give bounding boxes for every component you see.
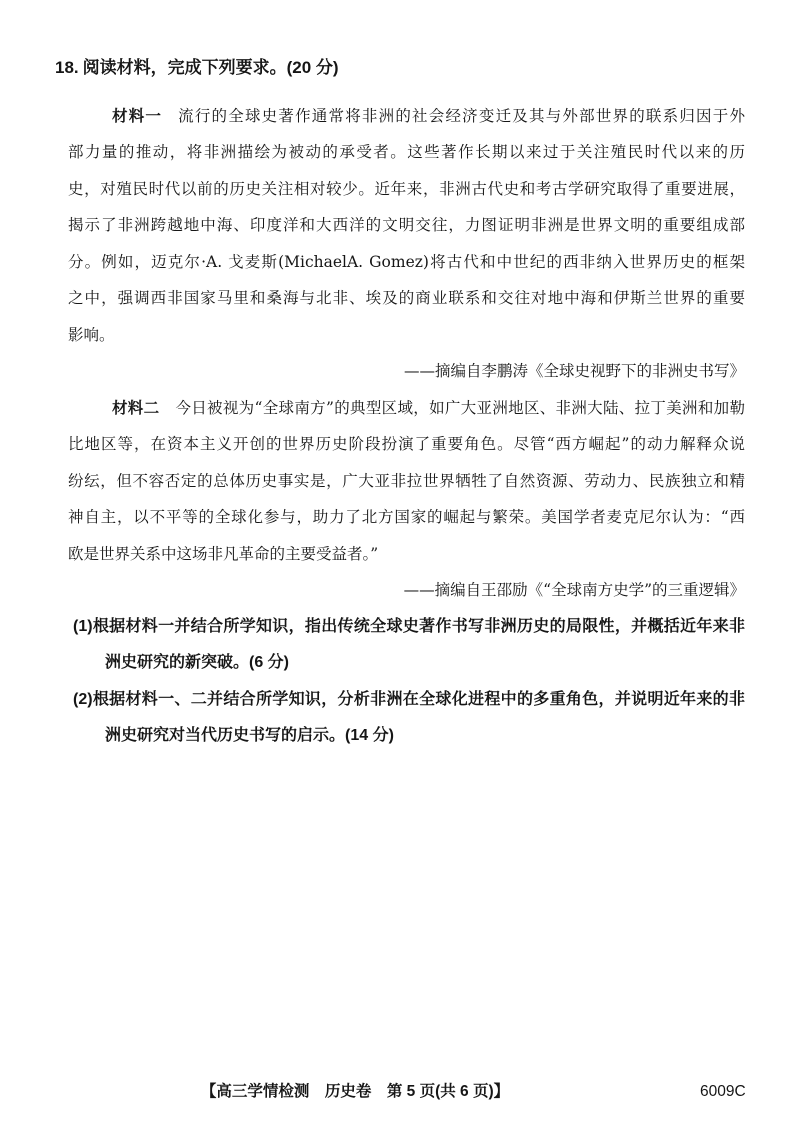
material-1-line: 材料一流行的全球史著作通常将非洲的社会经济变迁及其与外部世界的联系归因于外 xyxy=(68,98,745,135)
material-2-line: 神自主，以不平等的全球化参与，助力了北方国家的崛起与繁荣。美国学者麦克尼尔认为：… xyxy=(68,499,745,536)
page-footer: 【高三学情检测 历史卷 第 5 页(共 6 页)】 6009C xyxy=(0,1080,800,1104)
sub-question-2-line: 洲史研究对当代历史书写的启示。(14 分) xyxy=(105,718,745,755)
material-1-text: 流行的全球史著作通常将非洲的社会经济变迁及其与外部世界的联系归因于外 xyxy=(178,107,745,125)
material-1-attribution: ——摘编自李鹏涛《全球史视野下的非洲史书写》 xyxy=(68,353,745,390)
question-number: 18. xyxy=(55,58,79,77)
sub-question-2-line: (2)根据材料一、二并结合所学知识，分析非洲在全球化进程中的多重角色，并说明近年… xyxy=(73,682,745,719)
question-18-header: 18.阅读材料，完成下列要求。(20 分) xyxy=(55,50,745,87)
material-1-line: 分。例如，迈克尔·A. 戈麦斯(MichaelA. Gomez)将古代和中世纪的… xyxy=(68,244,745,281)
exam-paper-page: 18.阅读材料，完成下列要求。(20 分) 材料一流行的全球史著作通常将非洲的社… xyxy=(0,0,800,1131)
sub-question-1-line: 洲史研究的新突破。(6 分) xyxy=(105,645,745,682)
material-1-line: 部力量的推动，将非洲描绘为被动的承受者。这些著作长期以来过于关注殖民时代以来的历 xyxy=(68,134,745,171)
page-content: 18.阅读材料，完成下列要求。(20 分) 材料一流行的全球史著作通常将非洲的社… xyxy=(55,50,745,755)
material-2-line: 欧是世界关系中这场非凡革命的主要受益者。” xyxy=(68,536,745,573)
material-1: 材料一流行的全球史著作通常将非洲的社会经济变迁及其与外部世界的联系归因于外 部力… xyxy=(68,98,745,390)
material-2-line: 纷纭，但不容否定的总体历史事实是，广大亚非拉世界牺牲了自然资源、劳动力、民族独立… xyxy=(68,463,745,500)
material-2-line: 材料二今日被视为“全球南方”的典型区域，如广大亚洲地区、非洲大陆、拉丁美洲和加勒 xyxy=(68,390,745,427)
sub-question-1-line: (1)根据材料一并结合所学知识，指出传统全球史著作书写非洲历史的局限性，并概括近… xyxy=(73,609,745,646)
material-1-label: 材料一 xyxy=(112,106,162,125)
material-1-line: 揭示了非洲跨越地中海、印度洋和大西洋的文明交往，力图证明非洲是世界文明的重要组成… xyxy=(68,207,745,244)
material-2-line: 比地区等，在资本主义开创的世界历史阶段扮演了重要角色。尽管“西方崛起”的动力解释… xyxy=(68,426,745,463)
question-intro: 阅读材料，完成下列要求。(20 分) xyxy=(83,58,339,77)
material-1-line: 之中，强调西非国家马里和桑海与北非、埃及的商业联系和交往对地中海和伊斯兰世界的重… xyxy=(68,280,745,317)
material-2: 材料二今日被视为“全球南方”的典型区域，如广大亚洲地区、非洲大陆、拉丁美洲和加勒… xyxy=(68,390,745,609)
material-1-line: 史，对殖民时代以前的历史关注相对较少。近年来，非洲古代史和考古学研究取得了重要进… xyxy=(68,171,745,208)
footer-paper-code: 6009C xyxy=(700,1080,746,1104)
material-2-label: 材料二 xyxy=(112,398,159,417)
sub-questions: (1)根据材料一并结合所学知识，指出传统全球史著作书写非洲历史的局限性，并概括近… xyxy=(55,609,745,755)
material-2-text: 今日被视为“全球南方”的典型区域，如广大亚洲地区、非洲大陆、拉丁美洲和加勒 xyxy=(175,399,745,417)
material-1-line: 影响。 xyxy=(68,317,745,354)
material-2-attribution: ——摘编自王邵励《“全球南方史学”的三重逻辑》 xyxy=(68,572,745,609)
footer-exam-title: 【高三学情检测 历史卷 第 5 页(共 6 页)】 xyxy=(0,1080,710,1104)
